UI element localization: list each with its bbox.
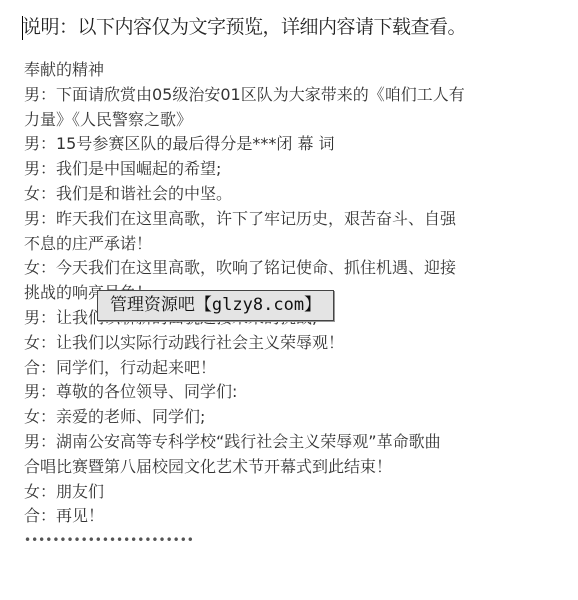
document-title: 奉献的精神 xyxy=(24,58,564,83)
script-line: 男：昨天我们在这里高歌，许下了牢记历史，艰苦奋斗、自强 xyxy=(24,207,564,232)
script-line: 男：尊敬的各位领导、同学们: xyxy=(24,380,564,405)
script-line: 力量》《人民警察之歌》 xyxy=(24,108,564,133)
script-line: 不息的庄严承诺！ xyxy=(24,232,564,257)
script-line: 女：今天我们在这里高歌，吹响了铭记使命、抓住机遇、迎接 xyxy=(24,256,564,281)
script-line: 女：朋友们 xyxy=(24,480,564,505)
script-line: 男：我们是中国崛起的希望; xyxy=(24,157,564,182)
script-line: 合唱比赛暨第八届校园文化艺术节开幕式到此结束！ xyxy=(24,455,564,480)
script-line: 女：亲爱的老师、同学们; xyxy=(24,405,564,430)
script-line: 男：15号参赛区队的最后得分是***闭 幕 词 xyxy=(24,132,564,157)
script-line: 女：我们是和谐社会的中坚。 xyxy=(24,182,564,207)
script-line: 男：湖南公安高等专科学校“践行社会主义荣辱观”革命歌曲 xyxy=(24,430,564,455)
end-dots-divider: •••••••••••••••••••••••• xyxy=(24,529,564,551)
script-line: 男：下面请欣赏由05级治安01区队为大家带来的《咱们工人有 xyxy=(24,83,564,108)
script-line: 合：同学们，行动起来吧！ xyxy=(24,356,564,381)
script-line: 女：让我们以实际行动践行社会主义荣辱观！ xyxy=(24,331,564,356)
preview-notice: 说明：以下内容仅为文字预览，详细内容请下载查看。 xyxy=(22,14,466,40)
script-line: 合：再见！ xyxy=(24,504,564,529)
watermark-label: 管理资源吧【glzy8.com】 xyxy=(97,290,334,321)
